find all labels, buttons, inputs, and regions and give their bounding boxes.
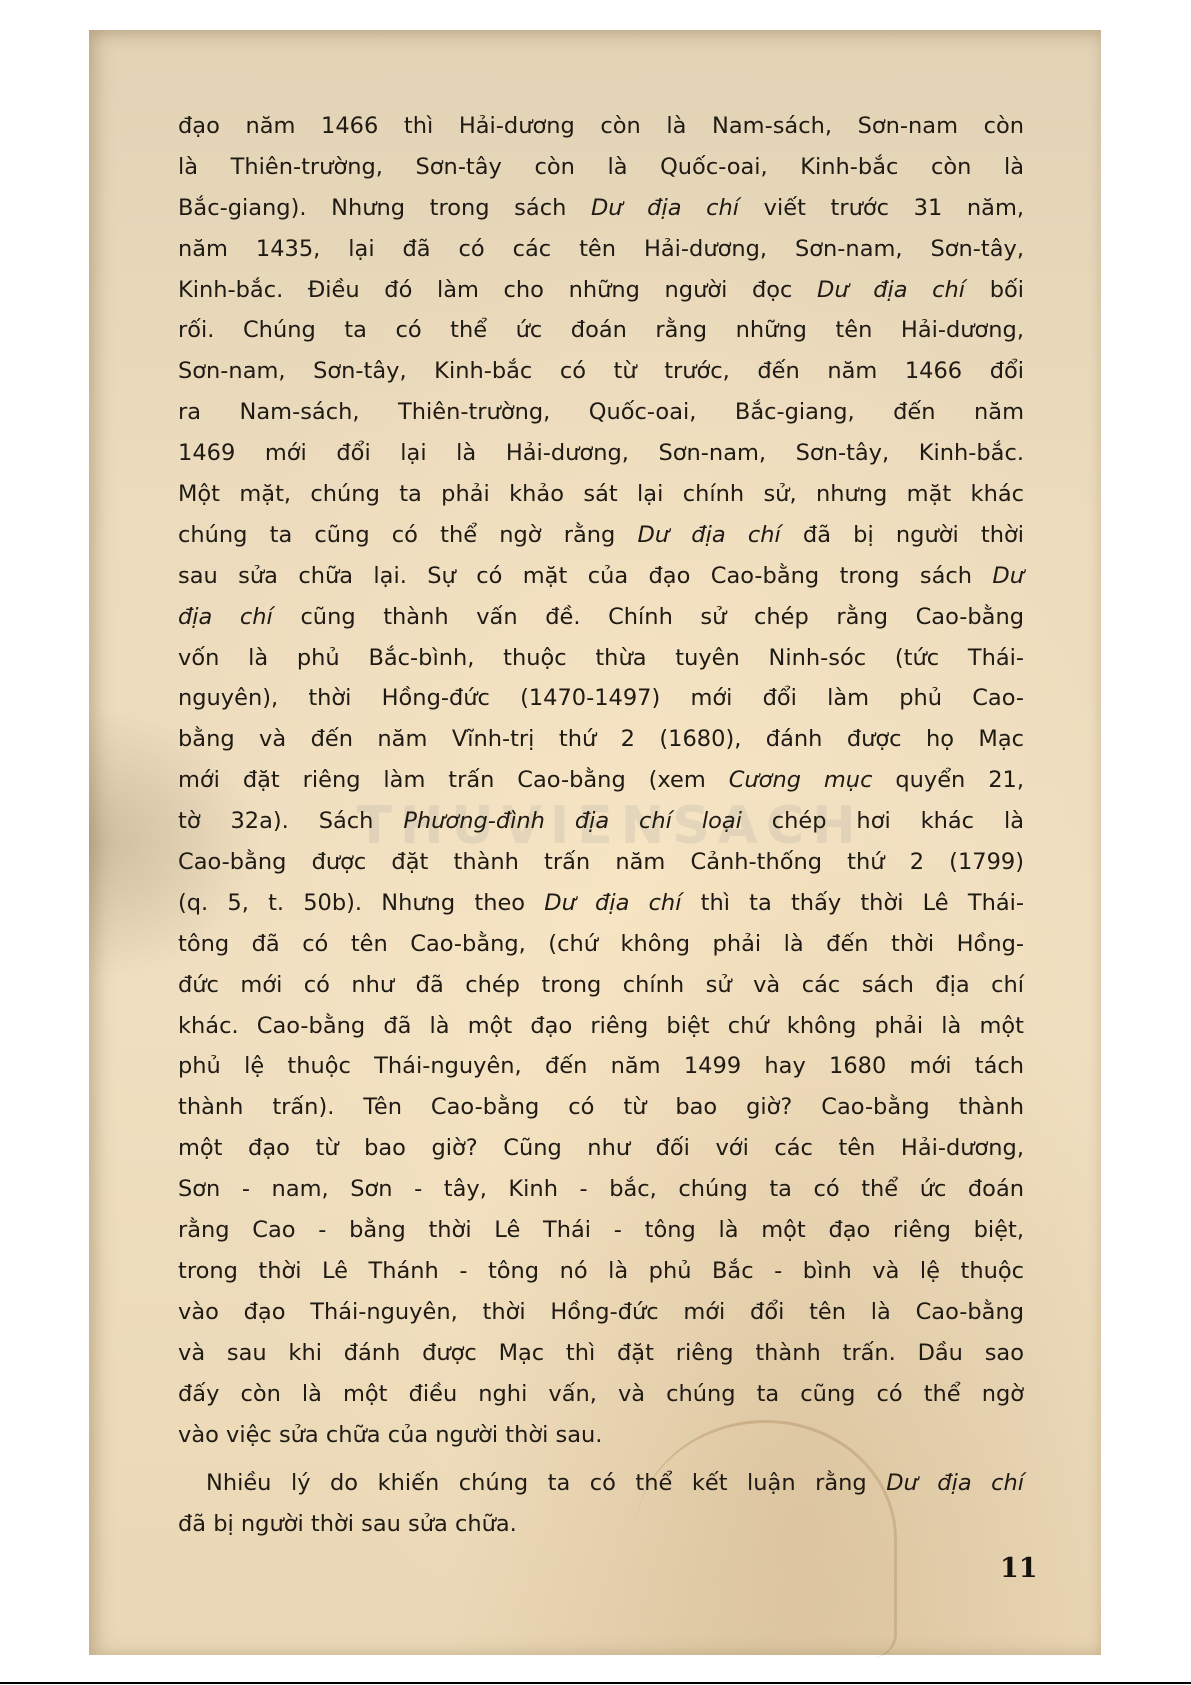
text-run: mới đặt riêng làm trấn Cao-bằng (xem bbox=[178, 767, 729, 793]
text-line: địa chí cũng thành vấn đề. Chính sử chép… bbox=[178, 597, 1024, 638]
italic-title: Dư địa chí bbox=[886, 1470, 1024, 1496]
text-run: rối. Chúng ta có thể ức đoán rằng những … bbox=[178, 317, 1024, 343]
text-line: 1469 mới đổi lại là Hải-dương, Sơn-nam, … bbox=[178, 433, 1024, 474]
text-line: trong thời Lê Thánh - tông nó là phủ Bắc… bbox=[178, 1251, 1024, 1292]
text-run: 1469 mới đổi lại là Hải-dương, Sơn-nam, … bbox=[178, 440, 1024, 466]
text-run: và sau khi đánh được Mạc thì đặt riêng t… bbox=[178, 1340, 1024, 1366]
paragraph-p2: Nhiều lý do khiến chúng ta có thể kết lu… bbox=[178, 1463, 1024, 1545]
bottom-rule bbox=[0, 1682, 1191, 1684]
text-run: vào việc sửa chữa của người thời sau. bbox=[178, 1422, 602, 1448]
text-line: vốn là phủ Bắc-bình, thuộc thừa tuyên Ni… bbox=[178, 638, 1024, 679]
text-run: đức mới có như đã chép trong chính sử và… bbox=[178, 972, 1024, 998]
text-run: Kinh-bắc. Điều đó làm cho những người đọ… bbox=[178, 277, 817, 303]
text-run: vốn là phủ Bắc-bình, thuộc thừa tuyên Ni… bbox=[178, 645, 1024, 671]
text-line: rối. Chúng ta có thể ức đoán rằng những … bbox=[178, 310, 1024, 351]
text-run: đấy còn là một điều nghi vấn, và chúng t… bbox=[178, 1381, 1024, 1407]
text-run: sau sửa chữa lại. Sự có mặt của đạo Cao-… bbox=[178, 563, 992, 589]
italic-title: Dư địa chí bbox=[638, 522, 781, 548]
body-text: đạo năm 1466 thì Hải-dương còn là Nam-sá… bbox=[178, 106, 1024, 1545]
text-run: Bắc-giang). Nhưng trong sách bbox=[178, 195, 591, 221]
text-run: một đạo từ bao giờ? Cũng như đối với các… bbox=[178, 1135, 1024, 1161]
italic-title: Phương-đình địa chí loại bbox=[403, 808, 742, 834]
italic-title: Dư bbox=[992, 563, 1024, 589]
text-line: nguyên), thời Hồng-đức (1470-1497) mới đ… bbox=[178, 678, 1024, 719]
page-number: 11 bbox=[1000, 1553, 1038, 1584]
text-line: bằng và đến năm Vĩnh-trị thứ 2 (1680), đ… bbox=[178, 719, 1024, 760]
text-line: Kinh-bắc. Điều đó làm cho những người đọ… bbox=[178, 270, 1024, 311]
text-line: tờ 32a). Sách Phương-đình địa chí loại c… bbox=[178, 801, 1024, 842]
italic-title: Dư địa chí bbox=[591, 195, 739, 221]
text-run: bằng và đến năm Vĩnh-trị thứ 2 (1680), đ… bbox=[178, 726, 1024, 752]
text-run: thì ta thấy thời Lê Thái- bbox=[681, 890, 1024, 916]
text-run: Cao-bằng được đặt thành trấn năm Cảnh-th… bbox=[178, 849, 1024, 875]
text-run: Sơn - nam, Sơn - tây, Kinh - bắc, chúng … bbox=[178, 1176, 1024, 1202]
text-line: Cao-bằng được đặt thành trấn năm Cảnh-th… bbox=[178, 842, 1024, 883]
text-run: tông đã có tên Cao-bằng, (chứ không phải… bbox=[178, 931, 1024, 957]
text-run: vào đạo Thái-nguyên, thời Hồng-đức mới đ… bbox=[178, 1299, 1024, 1325]
text-line: và sau khi đánh được Mạc thì đặt riêng t… bbox=[178, 1333, 1024, 1374]
text-run: đã bị người thời sau sửa chữa. bbox=[178, 1511, 517, 1537]
text-run: thành trấn). Tên Cao-bằng có từ bao giờ?… bbox=[178, 1094, 1024, 1120]
text-run: Sơn-nam, Sơn-tây, Kinh-bắc có từ trước, … bbox=[178, 358, 1024, 384]
paragraph-gap bbox=[178, 1455, 1024, 1463]
text-line: đạo năm 1466 thì Hải-dương còn là Nam-sá… bbox=[178, 106, 1024, 147]
text-run: tờ 32a). Sách bbox=[178, 808, 403, 834]
text-run: Nhiều lý do khiến chúng ta có thể kết lu… bbox=[206, 1470, 886, 1496]
text-line: tông đã có tên Cao-bằng, (chứ không phải… bbox=[178, 924, 1024, 965]
italic-title: Dư địa chí bbox=[817, 277, 965, 303]
text-run: (q. 5, t. 50b). Nhưng theo bbox=[178, 890, 544, 916]
text-line: Sơn - nam, Sơn - tây, Kinh - bắc, chúng … bbox=[178, 1169, 1024, 1210]
text-line: phủ lệ thuộc Thái-nguyên, đến năm 1499 h… bbox=[178, 1046, 1024, 1087]
text-line: (q. 5, t. 50b). Nhưng theo Dư địa chí th… bbox=[178, 883, 1024, 924]
text-line: sau sửa chữa lại. Sự có mặt của đạo Cao-… bbox=[178, 556, 1024, 597]
text-run: năm 1435, lại đã có các tên Hải-dương, S… bbox=[178, 236, 1024, 262]
text-line: Sơn-nam, Sơn-tây, Kinh-bắc có từ trước, … bbox=[178, 351, 1024, 392]
text-line: khác. Cao-bằng đã là một đạo riêng biệt … bbox=[178, 1006, 1024, 1047]
text-line: một đạo từ bao giờ? Cũng như đối với các… bbox=[178, 1128, 1024, 1169]
text-run: đã bị người thời bbox=[781, 522, 1024, 548]
text-run: cũng thành vấn đề. Chính sử chép rằng Ca… bbox=[273, 604, 1024, 630]
text-line: Bắc-giang). Nhưng trong sách Dư địa chí … bbox=[178, 188, 1024, 229]
text-run: nguyên), thời Hồng-đức (1470-1497) mới đ… bbox=[178, 685, 1024, 711]
text-line: rằng Cao - bằng thời Lê Thái - tông là m… bbox=[178, 1210, 1024, 1251]
text-run: Một mặt, chúng ta phải khảo sát lại chín… bbox=[178, 481, 1024, 507]
text-run: phủ lệ thuộc Thái-nguyên, đến năm 1499 h… bbox=[178, 1053, 1024, 1079]
text-run: rằng Cao - bằng thời Lê Thái - tông là m… bbox=[178, 1217, 1024, 1243]
italic-title: Dư địa chí bbox=[544, 890, 681, 916]
text-line: mới đặt riêng làm trấn Cao-bằng (xem Cươ… bbox=[178, 760, 1024, 801]
text-line: chúng ta cũng có thể ngờ rằng Dư địa chí… bbox=[178, 515, 1024, 556]
text-run: trong thời Lê Thánh - tông nó là phủ Bắc… bbox=[178, 1258, 1024, 1284]
paragraph-p1: đạo năm 1466 thì Hải-dương còn là Nam-sá… bbox=[178, 106, 1024, 1455]
text-line: đấy còn là một điều nghi vấn, và chúng t… bbox=[178, 1374, 1024, 1415]
text-line: đức mới có như đã chép trong chính sử và… bbox=[178, 965, 1024, 1006]
text-run: bối bbox=[965, 277, 1024, 303]
text-line: Một mặt, chúng ta phải khảo sát lại chín… bbox=[178, 474, 1024, 515]
italic-title: địa chí bbox=[178, 604, 273, 630]
text-line: vào việc sửa chữa của người thời sau. bbox=[178, 1415, 1024, 1456]
text-run: chép hơi khác là bbox=[742, 808, 1024, 834]
text-line: vào đạo Thái-nguyên, thời Hồng-đức mới đ… bbox=[178, 1292, 1024, 1333]
text-line: ra Nam-sách, Thiên-trường, Quốc-oai, Bắc… bbox=[178, 392, 1024, 433]
text-line: là Thiên-trường, Sơn-tây còn là Quốc-oai… bbox=[178, 147, 1024, 188]
text-run: khác. Cao-bằng đã là một đạo riêng biệt … bbox=[178, 1013, 1024, 1039]
italic-title: Cương mục bbox=[729, 767, 873, 793]
text-run: là Thiên-trường, Sơn-tây còn là Quốc-oai… bbox=[178, 154, 1024, 180]
text-run: viết trước 31 năm, bbox=[739, 195, 1024, 221]
text-run: quyển 21, bbox=[872, 767, 1024, 793]
text-line: đã bị người thời sau sửa chữa. bbox=[178, 1504, 1024, 1545]
text-line: năm 1435, lại đã có các tên Hải-dương, S… bbox=[178, 229, 1024, 270]
text-run: ra Nam-sách, Thiên-trường, Quốc-oai, Bắc… bbox=[178, 399, 1024, 425]
text-run: chúng ta cũng có thể ngờ rằng bbox=[178, 522, 638, 548]
text-line: Nhiều lý do khiến chúng ta có thể kết lu… bbox=[178, 1463, 1024, 1504]
text-run: đạo năm 1466 thì Hải-dương còn là Nam-sá… bbox=[178, 113, 1024, 139]
text-line: thành trấn). Tên Cao-bằng có từ bao giờ?… bbox=[178, 1087, 1024, 1128]
